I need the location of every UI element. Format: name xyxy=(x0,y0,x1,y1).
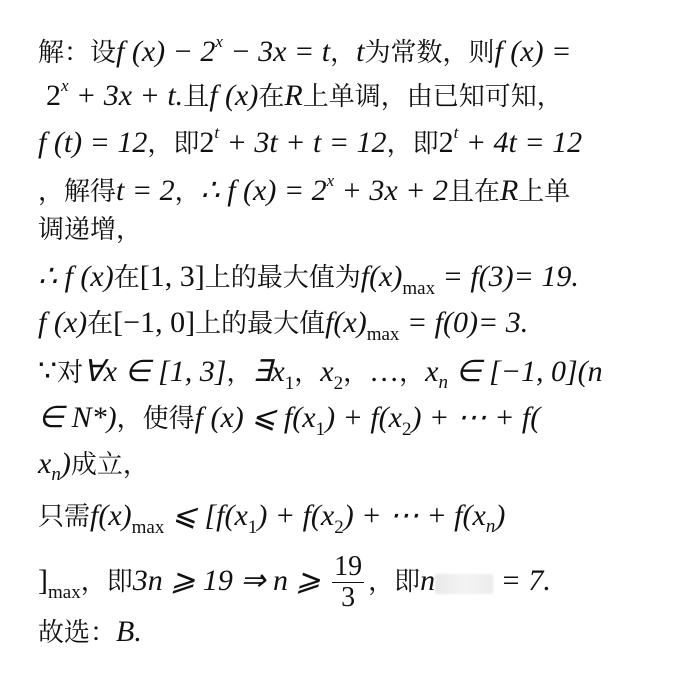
solution-line-5: 调递增， xyxy=(38,209,142,250)
math: + 3x + t. xyxy=(69,79,184,112)
text: 上单调，由已知可知， xyxy=(303,82,563,112)
text: 调递增， xyxy=(38,215,142,245)
math: 3n ⩾ 19 ⇒ n ⩾ xyxy=(133,564,328,597)
subscript: 2 xyxy=(334,373,344,394)
math: f (x) xyxy=(209,79,258,112)
math: R xyxy=(284,79,302,112)
subscript: n xyxy=(51,464,61,485)
solution-line-6: ∴ f (x)在[1, 3]上的最大值为f(x)max = f(3)= 19. xyxy=(38,257,579,309)
math: f(x) xyxy=(361,260,403,293)
text: 在 xyxy=(114,263,140,293)
text: ， xyxy=(294,358,320,388)
math: x xyxy=(320,355,333,388)
math: + 3x + 2 xyxy=(334,174,448,207)
math: R xyxy=(500,174,518,207)
text: ，即 xyxy=(368,567,420,597)
text: ，使得 xyxy=(117,404,195,434)
solution-line-4: ，解得t = 2，∴ f (x) = 2x + 3x + 2且在R上单 xyxy=(38,161,570,212)
math: ∴ f (x) = 2 xyxy=(201,174,327,207)
math: x xyxy=(38,447,51,480)
fraction-denominator: 3 xyxy=(332,583,364,613)
math: ∃x xyxy=(252,355,284,388)
solution-line-8: ∵对∀x ∈ [1, 3]，∃x1，x2，…，xn ∈ [−1, 0](n xyxy=(38,352,603,404)
obscured-region xyxy=(435,574,493,594)
math: x xyxy=(425,355,438,388)
math: 2 xyxy=(46,79,61,112)
text: 上的最大值为 xyxy=(205,263,361,293)
subscript: max xyxy=(367,324,400,345)
superscript: x xyxy=(327,171,335,190)
math: 2 xyxy=(439,126,454,159)
math: … xyxy=(369,355,399,388)
math: ∈ [−1, 0](n xyxy=(448,355,603,388)
solution-line-7: f (x)在[−1, 0]上的最大值f(x)max = f(0)= 3. xyxy=(38,303,528,355)
math: ⩽ [f(x xyxy=(164,499,247,532)
math: f (x) − 2 xyxy=(116,35,215,68)
math: ] xyxy=(38,564,48,597)
math: t = 2 xyxy=(116,174,175,207)
math: − 3x = t xyxy=(223,35,330,68)
math: f(x) xyxy=(90,499,132,532)
math: 2 xyxy=(199,126,214,159)
math: f (x) = xyxy=(494,35,571,68)
math: ) xyxy=(495,499,505,532)
solution-line-12: ]max，即3n ⩾ 19 ⇒ n ⩾ 193，即n = 7. xyxy=(38,552,551,613)
text: 在 xyxy=(87,309,113,339)
text: ， xyxy=(175,177,201,207)
text: 故选： xyxy=(38,618,116,648)
subscript: 2 xyxy=(334,517,344,538)
math: f(x) xyxy=(325,306,367,339)
subscript: 1 xyxy=(285,373,295,394)
math: = 7. xyxy=(493,564,551,597)
subscript: max xyxy=(48,582,81,603)
math: ) xyxy=(61,447,71,480)
text: ， xyxy=(399,358,425,388)
text: 成立， xyxy=(71,450,149,480)
subscript: 1 xyxy=(248,517,258,538)
text: 上的最大值 xyxy=(195,309,325,339)
math: ) + f(x xyxy=(325,401,402,434)
text: 只需 xyxy=(38,502,90,532)
math: [−1, 0] xyxy=(113,306,195,339)
text: 且在 xyxy=(448,177,500,207)
subscript: n xyxy=(486,516,496,537)
text: ，解得 xyxy=(38,177,116,207)
text: ，即 xyxy=(147,129,199,159)
subscript: n xyxy=(438,372,448,393)
text: ， xyxy=(226,358,252,388)
math: = f(0)= 3. xyxy=(399,306,528,339)
math: + 3t + t = 12 xyxy=(219,126,386,159)
text: 在 xyxy=(258,82,284,112)
text: 上单 xyxy=(518,177,570,207)
math: + 4t = 12 xyxy=(458,126,582,159)
math: [1, 3] xyxy=(140,260,205,293)
solution-line-13: 故选：B. xyxy=(38,612,142,653)
final-answer: B. xyxy=(116,615,142,648)
solution-line-3: f (t) = 12，即2t + 3t + t = 12，即2t + 4t = … xyxy=(38,113,582,164)
math: ) + f(x xyxy=(257,499,334,532)
fraction: 193 xyxy=(332,552,364,613)
because-symbol: ∵ xyxy=(38,355,57,388)
math: ∀x ∈ [1, 3] xyxy=(83,355,226,388)
text: ，即 xyxy=(81,567,133,597)
solution-line-2: 2x + 3x + t.且f (x)在R上单调，由已知可知， xyxy=(46,66,563,117)
math: ) + ⋯ + f( xyxy=(411,401,540,434)
text: ， xyxy=(343,358,369,388)
math: f (x) xyxy=(38,306,87,339)
math: = f(3)= 19. xyxy=(435,260,579,293)
text: 对 xyxy=(57,358,83,388)
text: ，即 xyxy=(387,129,439,159)
text: 为常数，则 xyxy=(364,38,494,68)
math: ∈ N*) xyxy=(38,401,117,434)
solution-line-11: 只需f(x)max ⩽ [f(x1) + f(x2) + ⋯ + f(xn) xyxy=(38,496,505,548)
math: n xyxy=(420,564,435,597)
text: ， xyxy=(330,38,356,68)
math: ) + ⋯ + f(x xyxy=(344,499,486,532)
math: ∴ f (x) xyxy=(38,260,114,293)
subscript: max xyxy=(132,517,165,538)
math: f (x) ⩽ f(x xyxy=(195,401,316,434)
subscript: max xyxy=(402,278,435,299)
solution-line-9: ∈ N*)，使得f (x) ⩽ f(x1) + f(x2) + ⋯ + f( xyxy=(38,398,540,450)
fraction-numerator: 19 xyxy=(332,552,364,583)
text: 且 xyxy=(183,82,209,112)
superscript: x xyxy=(215,32,223,51)
solution-line-10: xn)成立， xyxy=(38,444,149,495)
subscript: 1 xyxy=(316,419,326,440)
math: f (t) = 12 xyxy=(38,126,147,159)
superscript: x xyxy=(61,76,69,95)
text: 解：设 xyxy=(38,38,116,68)
